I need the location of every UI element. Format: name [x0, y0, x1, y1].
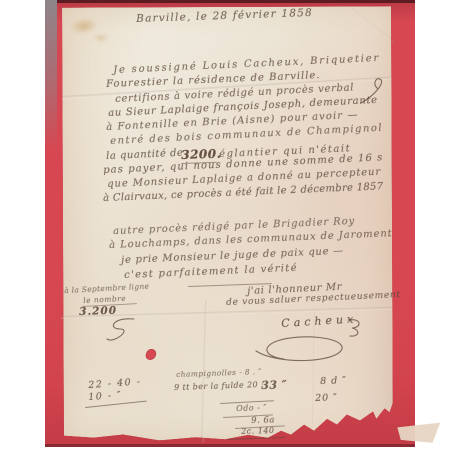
handwriting-signature: Cacheux [281, 313, 358, 329]
handwriting-line: je prie Monsieur le juge de paix que — [121, 247, 344, 266]
handwriting-total: 3.200 [79, 306, 117, 318]
handwriting-line: 22 - 40 - [88, 377, 142, 390]
handwriting-line: 9. 6a [251, 416, 275, 425]
handwriting-line: à la Septembre ligne [64, 283, 149, 295]
photo-page: Barville, le 28 février 1858Je soussigné… [0, 0, 450, 450]
handwriting-line: c'est parfaitement la vérité [124, 264, 298, 281]
handwriting-line: 10 - ″ [88, 391, 122, 403]
handwriting-layer: Barville, le 28 février 1858Je soussigné… [0, 0, 450, 450]
handwriting-line: 33 ″ [261, 379, 287, 391]
handwriting-line: la quantité de [106, 149, 184, 162]
handwriting-line: 9 tt ber la fulde 20 : [174, 381, 264, 392]
handwriting-line: Odo - ″ [236, 404, 267, 413]
ink-underline [227, 437, 285, 440]
handwriting-dateline: Barville, le 28 février 1858 [136, 8, 313, 25]
handwriting-line: 20 ″ [315, 393, 338, 403]
handwriting-line: champignolles - 8 . ″ [176, 368, 262, 378]
handwriting-line: 8 d ″ [320, 376, 347, 386]
